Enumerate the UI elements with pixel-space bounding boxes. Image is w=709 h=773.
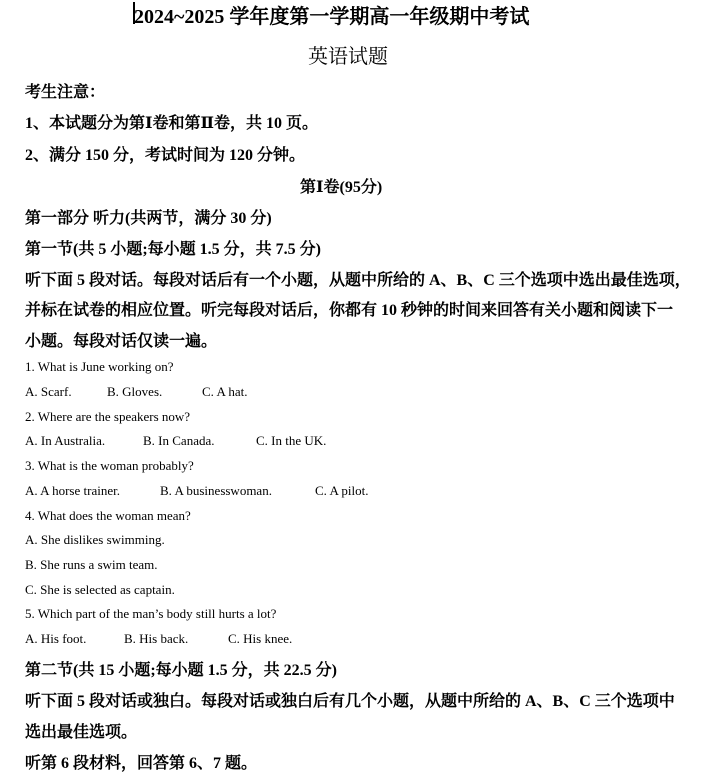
question-1-option-c: C. A hat. — [202, 384, 248, 400]
question-1-option-a: A. Scarf. — [25, 384, 72, 400]
question-4: 4. What does the woman mean? — [25, 508, 191, 524]
question-1-option-b: B. Gloves. — [107, 384, 162, 400]
question-5-option-b: B. His back. — [124, 631, 188, 647]
question-2-option-a: A. In Australia. — [25, 433, 105, 449]
section2-material-6: 听第 6 段材料，回答第 6、7 题。 — [25, 750, 257, 773]
question-4-option-b: B. She runs a swim team. — [25, 557, 158, 573]
question-3: 3. What is the woman probably? — [25, 458, 194, 474]
exam-title: 2024~2025 学年度第一学期高一年级期中考试 — [134, 0, 529, 29]
question-2: 2. Where are the speakers now? — [25, 409, 190, 425]
notice-heading: 考生注意： — [25, 79, 105, 102]
question-3-option-a: A. A horse trainer. — [25, 483, 120, 499]
question-3-option-c: C. A pilot. — [315, 483, 368, 499]
section2-instruction-line-2: 选出最佳选项。 — [25, 719, 137, 742]
section2-instruction-line-1: 听下面 5 段对话或独白。每段对话或独白后有几个小题，从题中所给的 A、B、C … — [25, 688, 675, 711]
notice-item-2: 2、满分 150 分，考试时间为 120 分钟。 — [25, 142, 305, 165]
question-3-option-b: B. A businesswoman. — [160, 483, 272, 499]
section1-instruction-line-1: 听下面 5 段对话。每段对话后有一个小题，从题中所给的 A、B、C 三个选项中选… — [25, 267, 691, 290]
notice-item-1: 1、本试题分为第Ⅰ卷和第Ⅱ卷，共 10 页。 — [25, 110, 318, 133]
section1-instruction-line-3: 小题。每段对话仅读一遍。 — [25, 328, 217, 351]
volume-heading: 第Ⅰ卷(95分) — [300, 174, 382, 197]
question-5: 5. Which part of the man’s body still hu… — [25, 606, 276, 622]
question-2-option-c: C. In the UK. — [256, 433, 326, 449]
question-5-option-c: C. His knee. — [228, 631, 292, 647]
section1-heading: 第一节(共 5 小题;每小题 1.5 分，共 7.5 分) — [25, 236, 321, 259]
question-4-option-a: A. She dislikes swimming. — [25, 532, 165, 548]
question-5-option-a: A. His foot. — [25, 631, 86, 647]
section2-heading: 第二节(共 15 小题;每小题 1.5 分，共 22.5 分) — [25, 657, 337, 680]
section1-instruction-line-2: 并标在试卷的相应位置。听完每段对话后，你都有 10 秒钟的时间来回答有关小题和阅… — [25, 297, 673, 320]
part1-heading: 第一部分 听力(共两节，满分 30 分) — [25, 205, 272, 228]
exam-subtitle: 英语试题 — [308, 40, 388, 69]
question-1: 1. What is June working on? — [25, 359, 174, 375]
question-4-option-c: C. She is selected as captain. — [25, 582, 175, 598]
question-2-option-b: B. In Canada. — [143, 433, 214, 449]
